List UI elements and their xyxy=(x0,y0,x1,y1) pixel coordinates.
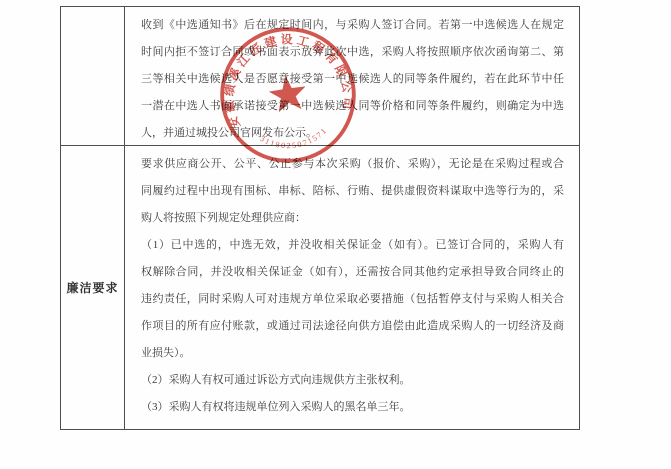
document-table: 收到《中选通知书》后在规定时间内，与采购人签订合同。若第一中选候选人在规定时间内… xyxy=(60,6,580,430)
text-line: 购人将按照下列规定处理供应商： xyxy=(141,205,564,232)
text-line: 收到《中选通知书》后在规定时间内，与采购人签订合同。若第一中选候选人在规定 xyxy=(141,12,564,39)
row2-label-cell: 廉洁要求 xyxy=(61,146,125,429)
text-line: 作项目的所有应付账款，或通过司法途径向供方追偿由此造成采购人的一切经济及商 xyxy=(141,313,564,340)
text-line: 三等相关中选候选人是否愿意接受第一中选候选人的同等条件履约，若在此环节中任 xyxy=(141,66,564,93)
text-line: （1）已中选的，中选无效，并没收相关保证金（如有）。已签订合同的，采购人有 xyxy=(141,232,564,259)
text-line: 违约责任，同时采购人可对违规方单位采取必要措施（包括暂停支付与采购人相关合 xyxy=(141,286,564,313)
text-line: （2）采购人有权可通过诉讼方式向违规供方主张权利。 xyxy=(141,367,564,394)
document-page: 收到《中选通知书》后在规定时间内，与采购人签订合同。若第一中选候选人在规定时间内… xyxy=(0,0,671,469)
row1-content-cell: 收到《中选通知书》后在规定时间内，与采购人签订合同。若第一中选候选人在规定时间内… xyxy=(125,7,579,146)
row2-content-cell: 要求供应商公开、公平、公正参与本次采购（报价、采购），无论是在采购过程或合同履约… xyxy=(125,146,579,429)
text-line: 一潜在中选人书面承诺接受第一中选候选人同等价格和同等条件履约，则确定为中选 xyxy=(141,93,564,120)
text-line: 业损失）。 xyxy=(141,340,564,367)
text-line: （3）采购人有权将违规单位列入采购人的黑名单三年。 xyxy=(141,394,564,421)
row1-label-cell xyxy=(61,7,125,146)
text-line: 时间内拒不签订合同或书面表示放弃此次中选，采购人将按照顺序依次函询第二、第 xyxy=(141,39,564,66)
text-line: 权解除合同，并没收相关保证金（如有），还需按合同其他约定承担导致合同终止的 xyxy=(141,259,564,286)
text-line: 要求供应商公开、公平、公正参与本次采购（报价、采购），无论是在采购过程或合 xyxy=(141,151,564,178)
text-line: 人，并通过城投公司官网发布公示。 xyxy=(141,120,564,146)
text-line: 同履约过程中出现有围标、串标、陪标、行贿、提供虚假资料谋取中选等行为的，采 xyxy=(141,178,564,205)
